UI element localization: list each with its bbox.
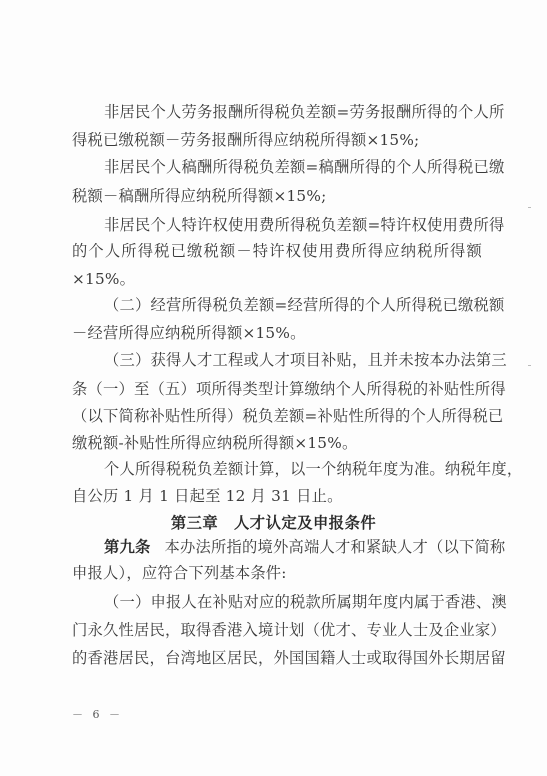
text-line: 条（一）至（五）项所得类型计算缴纳个人所得税的补贴性所得 xyxy=(72,379,482,399)
text-line: 个人所得税税负差额计算，以一个纳税年度为准。纳税年度， xyxy=(104,459,482,479)
article-first-line: 第九条 本办法所指的境外高端人才和紧缺人才（以下简称 xyxy=(104,537,482,557)
text-line: （一）申报人在补贴对应的税款所属期年度内属于香港、澳 xyxy=(104,592,482,612)
text-line: ×15%。 xyxy=(72,269,482,289)
text-line: 税额－稿酬所得应纳税所得额×15%; xyxy=(72,186,482,206)
scan-mark xyxy=(528,365,531,366)
text-line: －经营所得应纳税所得额×15%。 xyxy=(72,323,482,343)
page-number: － 6 － xyxy=(72,706,123,722)
text-line: （以下简称补贴性所得）税负差额=补贴性所得的个人所得税已 xyxy=(72,406,482,426)
article-label: 第九条 xyxy=(104,537,151,557)
scan-mark xyxy=(528,207,531,208)
text-line: 非居民个人特许权使用费所得税负差额=特许权使用费所得 xyxy=(104,215,482,235)
chapter-heading: 第三章 人才认定及申报条件 xyxy=(0,511,547,533)
document-page: 非居民个人劳务报酬所得税负差额=劳务报酬所得的个人所 得税已缴税额－劳务报酬所得… xyxy=(0,0,547,776)
text-line: 的个人所得税已缴税额－特许权使用费所得应纳税所得额 xyxy=(72,241,482,261)
text-line: 申报人），应符合下列基本条件: xyxy=(72,563,482,583)
text-line: 缴税额-补贴性所得应纳税所得额×15%。 xyxy=(72,433,482,453)
text-line: （三）获得人才工程或人才项目补贴，且并未按本办法第三 xyxy=(104,350,482,370)
text-line: 自公历 1 月 1 日起至 12 月 31 日止。 xyxy=(72,486,482,506)
text-line: 得税已缴税额－劳务报酬所得应纳税所得额×15%; xyxy=(72,130,482,150)
text-line: 门永久性居民，取得香港入境计划（优才、专业人士及企业家） xyxy=(72,620,482,640)
text-line: （二）经营所得税负差额=经营所得的个人所得税已缴税额 xyxy=(104,295,482,315)
text-line: 非居民个人稿酬所得税负差额=稿酬所得的个人所得税已缴 xyxy=(104,157,482,177)
text-line: 非居民个人劳务报酬所得税负差额=劳务报酬所得的个人所 xyxy=(104,102,482,122)
text-line: 的香港居民，台湾地区居民，外国国籍人士或取得国外长期居留 xyxy=(72,648,482,668)
article-text: 本办法所指的境外高端人才和紧缺人才（以下简称 xyxy=(165,537,506,557)
